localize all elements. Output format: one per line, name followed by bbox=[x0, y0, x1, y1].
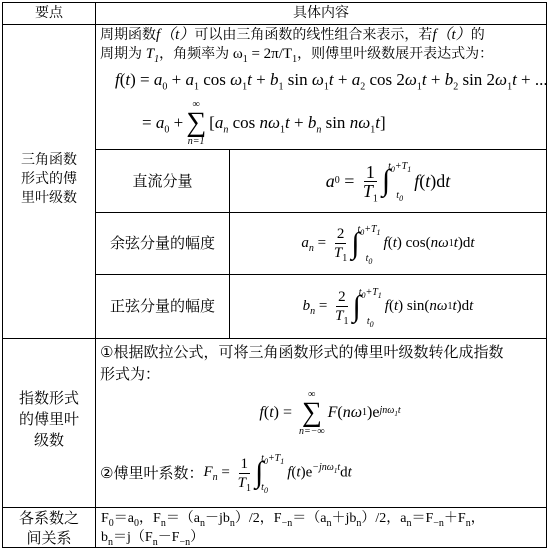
sine-amplitude-formula: bn = 2T1∫t0+T1t0f(t) sin(nω1t)dt bbox=[230, 275, 546, 338]
label-line: 的傅里叶 bbox=[19, 409, 79, 430]
intro-line-1: 周期函数f（t）可以由三角函数的线性组合来表示，若f（t）的 bbox=[100, 26, 546, 45]
sine-amplitude-label: 正弦分量的幅度 bbox=[96, 275, 229, 338]
coefficient-relations: F0＝a0，Fn＝（an－jbn）/2，F−n＝（an＋jbn）/2，an＝F−… bbox=[101, 509, 546, 547]
label-line: 形式的傅 bbox=[21, 170, 77, 189]
exponential-intro-text: ①根据欧拉公式，可将三角函数形式的傅里叶级数转化成指数 形式为： bbox=[100, 341, 546, 385]
label-line: 三角函数 bbox=[21, 151, 77, 170]
cosine-amplitude-formula: an = 2T1∫t0+T1t0f(t) cos(nω1t)dt bbox=[230, 213, 546, 274]
section-label-relations: 各系数之 间关系 bbox=[3, 508, 95, 548]
relations-line-2: bn＝j（Fn－F−n） bbox=[101, 528, 546, 547]
label-line: 间关系 bbox=[26, 528, 71, 548]
label-line: 各系数之 bbox=[19, 508, 79, 528]
fourier-coefficient-row: ②傅里叶系数： Fn = 1T1∫t0+T1t0f(t)e−jnω1tdt bbox=[100, 448, 546, 498]
label-line: 指数形式 bbox=[19, 388, 79, 409]
fourier-coefficient-label: ②傅里叶系数： bbox=[100, 464, 203, 483]
section-label-exponential: 指数形式 的傅里叶 级数 bbox=[3, 388, 95, 458]
exponential-series-formula: f(t) = ∞∑n=−∞F(nω1)ejnω1t bbox=[230, 385, 430, 440]
relations-line-1: F0＝a0，Fn＝（an－jbn）/2，F−n＝（an＋jbn）/2，an＝F−… bbox=[101, 509, 546, 528]
trig-intro-text: 周期函数f（t）可以由三角函数的线性组合来表示，若f（t）的 周期为 T1，角频… bbox=[100, 26, 546, 64]
label-line: 里叶级数 bbox=[21, 189, 77, 208]
fourier-series-expansion-formula: f(t) = a0 + a1 cos ω1t + b1 sin ω1t + a2… bbox=[115, 70, 545, 94]
header-key-points: 要点 bbox=[3, 3, 95, 24]
cosine-amplitude-label: 余弦分量的幅度 bbox=[96, 213, 229, 274]
dc-component-label: 直流分量 bbox=[96, 150, 229, 212]
dc-component-formula: a0 = 1T1∫t0+T1t0f(t)dt bbox=[230, 150, 546, 212]
row-divider bbox=[2, 24, 547, 25]
header-details: 具体内容 bbox=[96, 3, 546, 24]
label-line: 级数 bbox=[34, 430, 64, 451]
fourier-coefficient-formula: Fn = 1T1∫t0+T1t0f(t)e−jnω1tdt bbox=[203, 453, 351, 493]
intro-line-2: 周期为 T1，角频率为 ω1 = 2π/T1，则傅里叶级数展开表达式为： bbox=[100, 45, 546, 64]
fourier-series-sum-formula: = a0 + ∞∑n=1 [an cos nω1t + bn sin nω1t] bbox=[142, 98, 542, 148]
row-divider bbox=[2, 338, 547, 339]
section-label-trig: 三角函数 形式的傅 里叶级数 bbox=[3, 149, 95, 219]
